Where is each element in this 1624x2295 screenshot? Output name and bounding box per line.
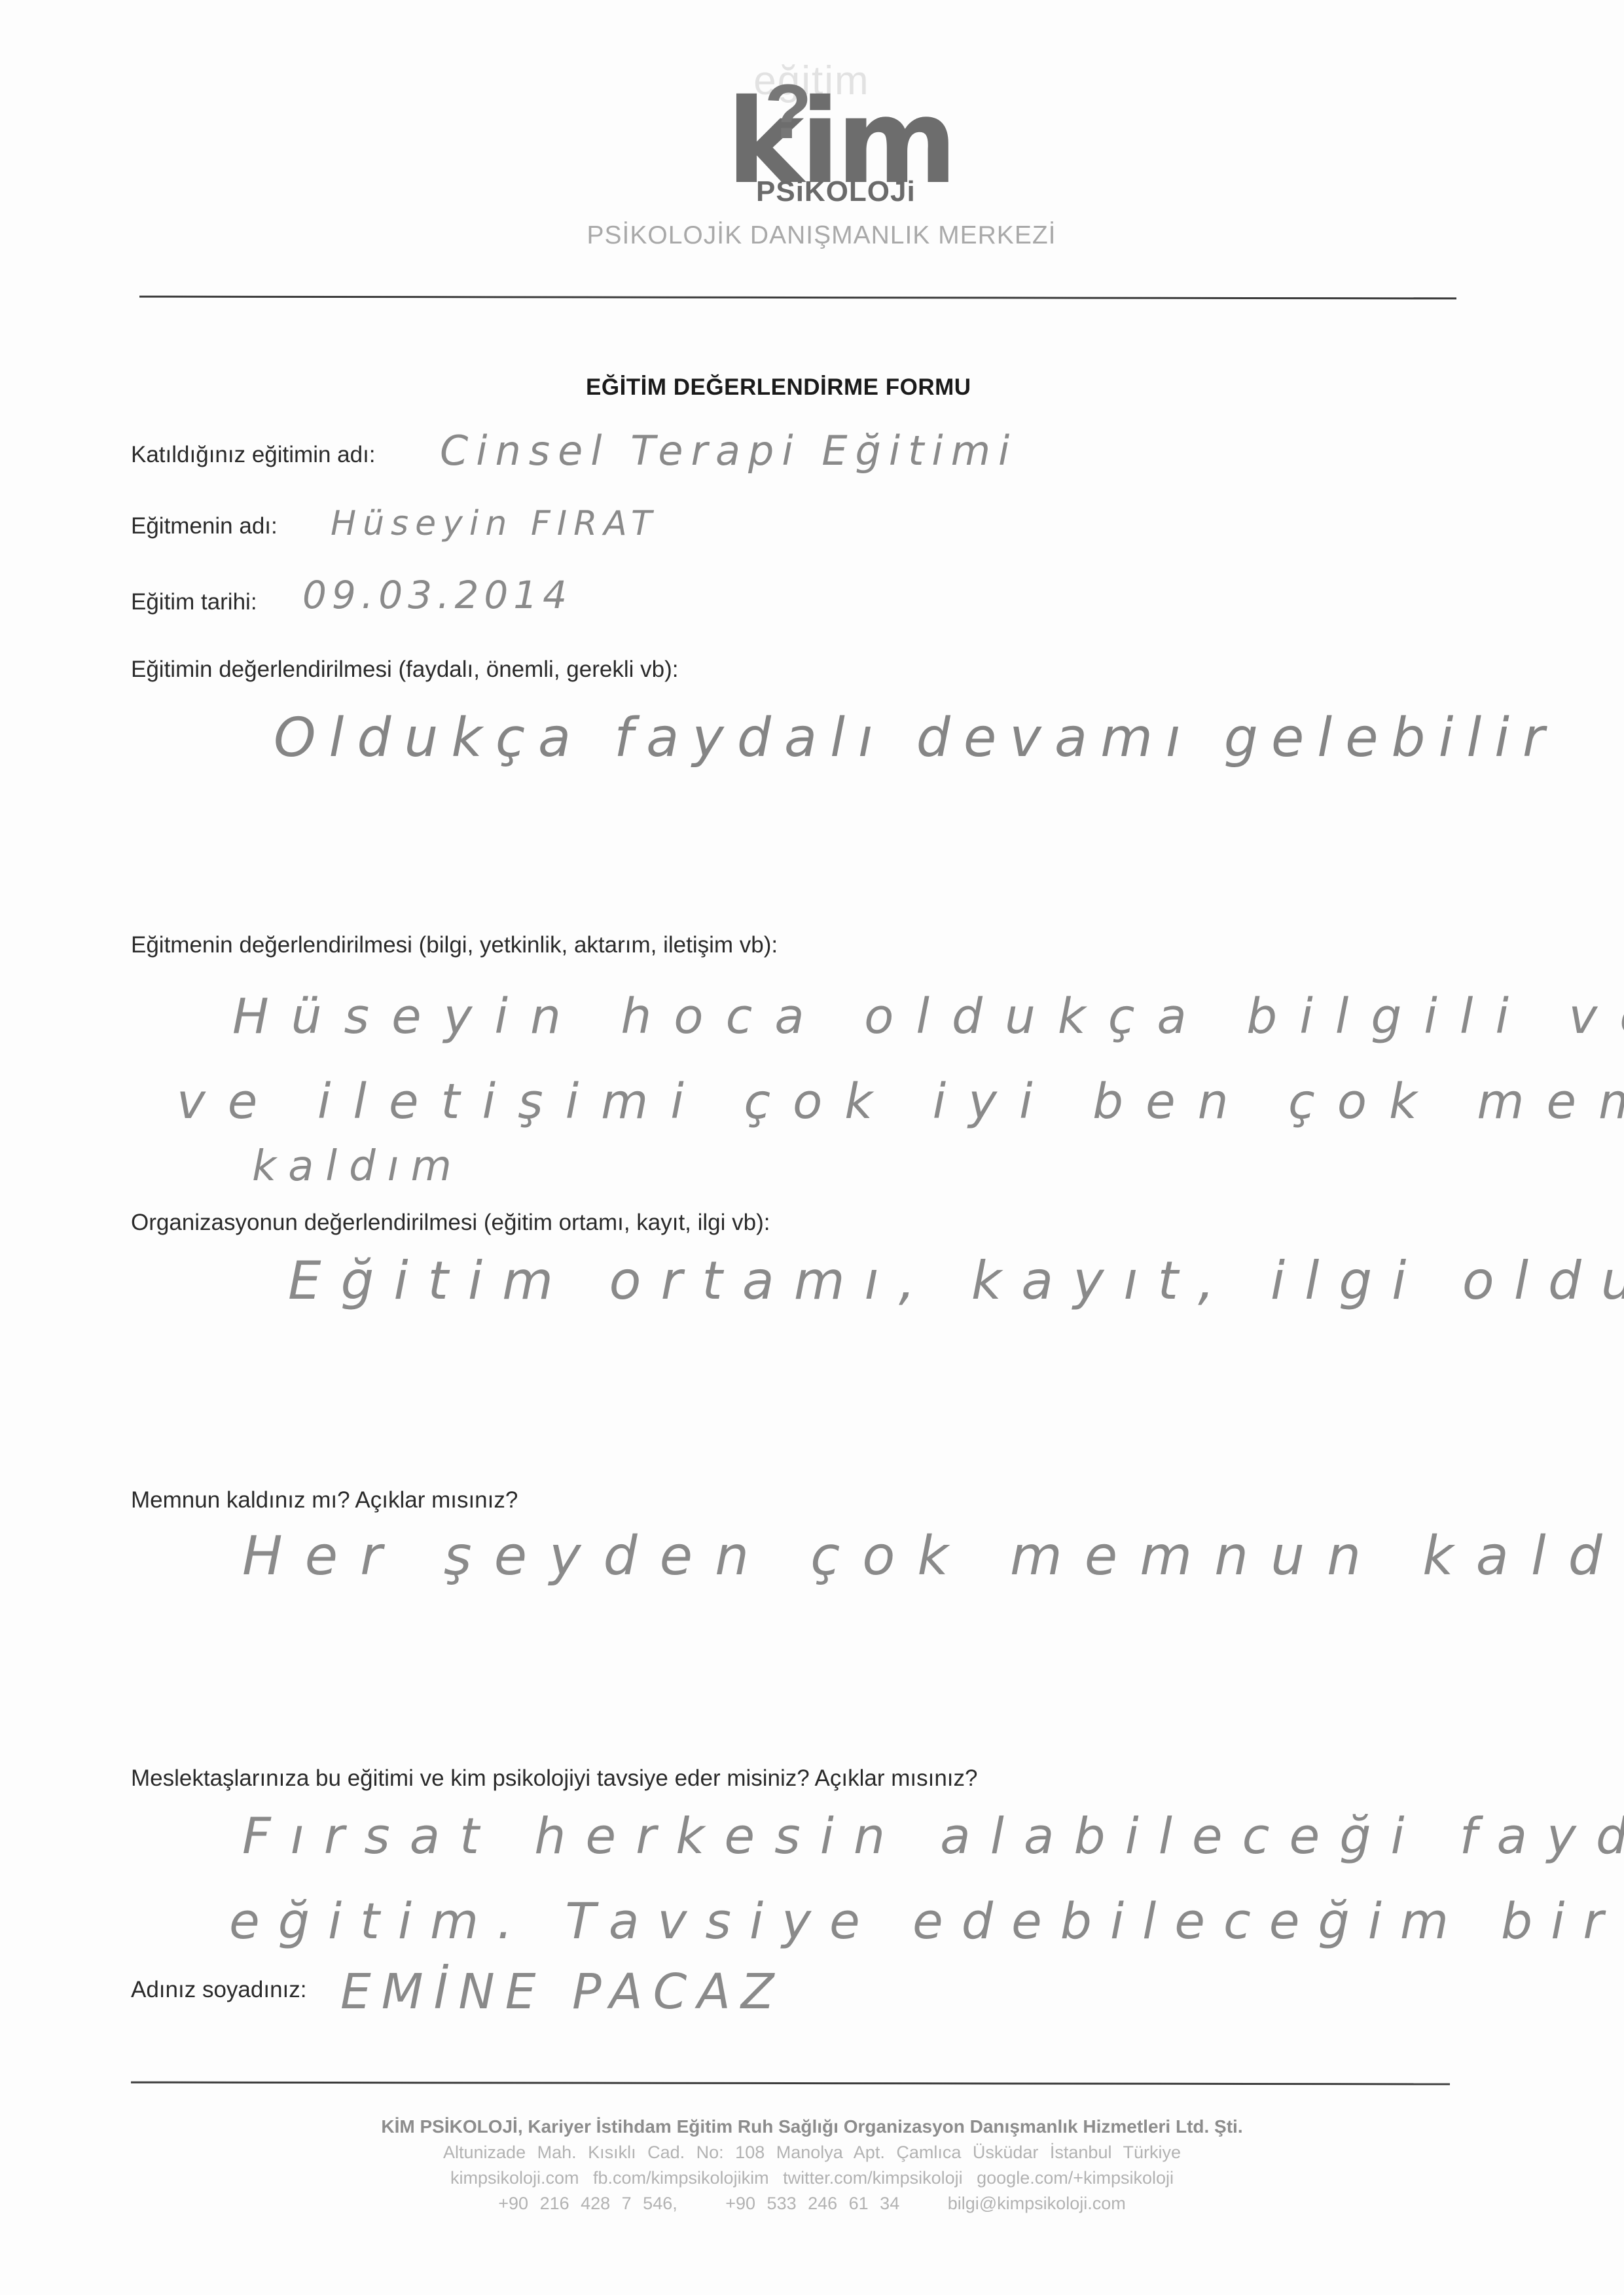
training-name-field[interactable]: Cinsel Terapi Eğitimi — [440, 427, 1017, 475]
trainer-evaluation-line[interactable]: Hüseyin hoca oldukça bilgili ve aktarımı — [232, 988, 1624, 1045]
footer-company: KİM PSİKOLOJİ, Kariyer İstihdam Eğitim R… — [0, 2116, 1624, 2137]
trainer-evaluation-line[interactable]: kaldım — [252, 1142, 463, 1191]
organization-evaluation-field[interactable]: Eğitim ortamı, kayıt, ilgi oldukça iyi — [288, 1250, 1624, 1311]
trainer-evaluation-line[interactable]: ve iletişimi çok iyi ben çok memnun — [177, 1074, 1624, 1130]
footer-phone-2: +90 533 246 61 34 — [725, 2194, 899, 2213]
full-name-field[interactable]: EMİNE PACAZ — [340, 1964, 785, 2020]
footer-contact: +90 216 428 7 546, +90 533 246 61 34 bil… — [0, 2194, 1624, 2214]
header-divider — [139, 296, 1456, 300]
footer-web-links: kimpsikoloji.com fb.com/kimpsikolojikim … — [0, 2168, 1624, 2188]
logo-question-icon: ? — [765, 73, 812, 151]
trainer-evaluation-label: Eğitmenin değerlendirilmesi (bilgi, yetk… — [131, 932, 778, 958]
organization-evaluation-label: Organizasyonun değerlendirilmesi (eğitim… — [131, 1210, 770, 1236]
satisfaction-field[interactable]: Her şeyden çok memnun kaldım — [242, 1525, 1624, 1587]
recommendation-label: Meslektaşlarınıza bu eğitimi ve kim psik… — [131, 1765, 978, 1792]
training-date-label: Eğitim tarihi: — [131, 589, 257, 615]
training-date-field[interactable]: 09.03.2014 — [302, 573, 572, 617]
footer-divider — [131, 2082, 1450, 2086]
trainer-name-label: Eğitmenin adı: — [131, 513, 278, 539]
full-name-label: Adınız soyadınız: — [131, 1977, 306, 2003]
training-name-label: Katıldığınız eğitimin adı: — [131, 442, 376, 468]
training-evaluation-label: Eğitimin değerlendirilmesi (faydalı, öne… — [131, 657, 678, 683]
training-evaluation-field[interactable]: Oldukça faydalı devamı gelebilir — [274, 707, 1558, 769]
footer-phone-1: +90 216 428 7 546, — [498, 2194, 677, 2213]
recommendation-line[interactable]: Fırsat herkesin alabileceği faydalı bir — [242, 1807, 1624, 1865]
trainer-name-field[interactable]: Hüseyin FIRAT — [331, 504, 659, 543]
satisfaction-label: Memnun kaldınız mı? Açıklar mısınız? — [131, 1487, 518, 1513]
logo-tagline: PSİKOLOJİK DANIŞMANLIK MERKEZİ — [553, 221, 1090, 250]
footer-email: bilgi@kimpsikoloji.com — [948, 2194, 1126, 2213]
form-title: EĞİTİM DEĞERLENDİRME FORMU — [586, 374, 971, 401]
footer-address: Altunizade Mah. Kısıklı Cad. No: 108 Man… — [0, 2142, 1624, 2163]
logo-subtitle: PSiKOLOJi — [756, 175, 916, 208]
recommendation-line[interactable]: eğitim. Tavsiye edebileceğim bir eğitim — [229, 1892, 1624, 1950]
